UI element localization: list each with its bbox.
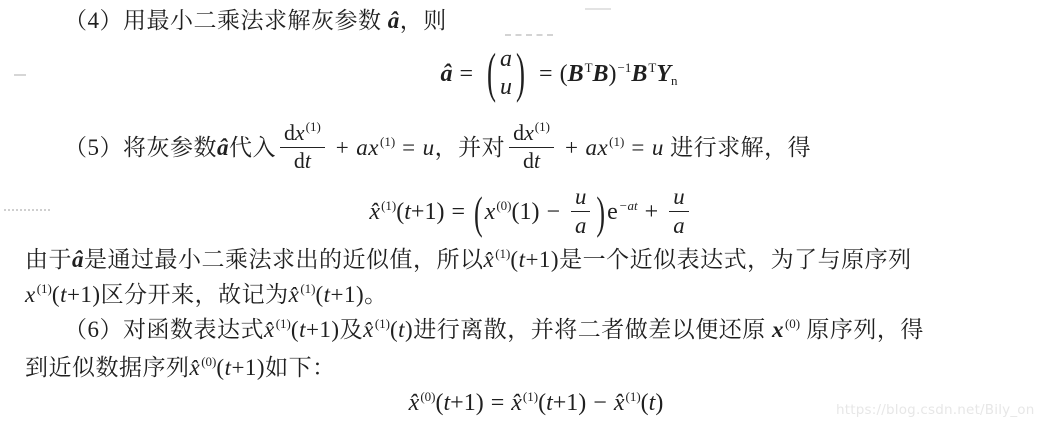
math-sup: −1 [618, 60, 632, 75]
math-var: x̂ [409, 390, 420, 416]
math-bvar: x [772, 317, 784, 342]
column-vector: (au) [485, 46, 527, 101]
math-var: a [585, 135, 597, 160]
math-txt: d [523, 149, 534, 173]
math-sup: (1) [381, 198, 396, 213]
document-page: （4）用最小二乘法求解灰参数 â，则 â=(au)=(BTB)−1BTYn （5… [0, 0, 1044, 427]
math-sub: n [671, 73, 678, 88]
math-txt: ，并对 [435, 135, 506, 160]
math-var: x̂ [190, 355, 201, 380]
math-txt: d [513, 121, 524, 145]
math-txt: ( [560, 61, 568, 87]
math-sup: (1) [276, 316, 291, 331]
math-var: t [299, 317, 306, 342]
math-txt: +1)是一个近似表达式，为了与原序列 [525, 247, 911, 272]
math-bvar: B [593, 61, 609, 87]
math-var: a [356, 135, 368, 160]
math-txt: ( [538, 390, 546, 416]
math-var: u [500, 74, 512, 100]
math-txt: e [607, 199, 618, 225]
math-var: x̂ [614, 390, 625, 416]
math-var: t [324, 282, 331, 307]
math-sup: (1) [523, 389, 538, 404]
math-var: x̂ [484, 247, 495, 272]
math-var: x [524, 121, 534, 145]
formula-x1-solution: x̂(1)(t+1)=(x(0)(1)−ua)e−at+ua [0, 186, 1044, 241]
vector-column: au [498, 46, 514, 101]
math-txt: +1)区分开来，故记为 [67, 282, 289, 307]
fraction: ua [669, 184, 688, 239]
fraction-denominator: a [669, 212, 688, 239]
math-bvar: Y [656, 61, 671, 87]
vector-row: a [498, 46, 514, 74]
vector-row: u [498, 74, 514, 102]
math-var: u [423, 135, 435, 160]
math-op: = [631, 135, 644, 160]
paragraph-approx-line1: 由于â是通过最小二乘法求出的近似值，所以x̂(1)(t+1)是一个近似表达式，为… [25, 245, 912, 278]
math-var: x [368, 135, 379, 160]
fraction-denominator: dt [280, 148, 325, 174]
math-op: = [491, 390, 505, 416]
fraction: dx(1)dt [280, 121, 325, 174]
math-var: t [305, 149, 311, 173]
math-sup: (0) [785, 316, 800, 331]
math-txt: 代入 [229, 135, 276, 160]
math-bvar: B [631, 61, 647, 87]
math-bvar: B [568, 61, 584, 87]
math-bigp: ) [596, 188, 605, 241]
paragraph-approx-line2: x(1)(t+1)区分开来，故记为x̂(1)(t+1)。 [25, 280, 388, 313]
math-txt: 到近似数据序列 [25, 355, 190, 380]
math-txt: )进行离散，并将二者做差以便还原 [405, 317, 772, 342]
math-sup: (0) [420, 389, 435, 404]
math-sup: T [648, 60, 656, 75]
math-txt: (1) [511, 199, 539, 225]
math-txt: 原序列，得 [800, 317, 924, 342]
math-op: + [336, 135, 349, 160]
math-txt: d [284, 121, 295, 145]
math-txt: ( [315, 282, 323, 307]
math-var: a [575, 213, 586, 238]
math-op: = [451, 199, 465, 225]
math-sup: (1) [625, 389, 640, 404]
math-sup: (0) [496, 198, 511, 213]
math-txt: ( [291, 317, 299, 342]
math-txt: （5）将灰参数 [64, 135, 217, 160]
fraction-denominator: a [571, 212, 590, 239]
math-txt: ( [390, 317, 398, 342]
math-txt: ( [52, 282, 60, 307]
math-txt: ( [510, 247, 518, 272]
math-sup: (1) [380, 134, 395, 149]
math-op: − [593, 390, 607, 416]
math-txt: +1) [553, 390, 587, 416]
math-txt: ( [641, 390, 649, 416]
math-sup: (1) [495, 246, 510, 261]
math-bvar: â [440, 61, 452, 87]
math-sup: (1) [375, 316, 390, 331]
math-bigp: ( [474, 188, 483, 241]
paragraph-step5: （5）将灰参数â代入dx(1)dt+ax(1)=u，并对dx(1)dt+ax(1… [64, 123, 811, 176]
math-txt: 是通过最小二乘法求出的近似值，所以 [84, 247, 484, 272]
math-op: = [459, 61, 473, 87]
math-bvar: â [72, 247, 84, 272]
math-sup: (1) [300, 281, 315, 296]
math-var: x̂ [369, 199, 380, 225]
math-bvar: â [388, 8, 400, 33]
math-op: = [402, 135, 415, 160]
math-txt: +1)及 [306, 317, 363, 342]
math-op: = [539, 61, 553, 87]
formula-grey-parameter: â=(au)=(BTB)−1BTYn [0, 48, 1044, 103]
math-var: x̂ [363, 317, 374, 342]
math-txt: ( [436, 390, 444, 416]
fraction: ua [571, 184, 590, 239]
math-var: u [673, 184, 684, 209]
math-txt: ，则 [400, 8, 447, 33]
math-op: − [546, 199, 560, 225]
open-paren: ( [487, 42, 496, 106]
math-var: x̂ [264, 317, 275, 342]
math-txt: +1)如下： [231, 355, 335, 380]
math-txt: （6）对函数表达式 [64, 317, 264, 342]
scan-artifact [505, 34, 553, 36]
math-sup: −at [619, 198, 638, 213]
fraction: dx(1)dt [509, 121, 554, 174]
math-var: t [404, 199, 411, 225]
math-txt: 进行求解，得 [664, 135, 811, 160]
math-txt: +1) [411, 199, 445, 225]
paragraph-step6-line1: （6）对函数表达式x̂(1)(t+1)及x̂(1)(t)进行离散，并将二者做差以… [64, 315, 924, 348]
math-txt: +1) [450, 390, 484, 416]
math-var: x̂ [511, 390, 522, 416]
math-var: t [60, 282, 67, 307]
math-sup: T [585, 60, 593, 75]
math-var: t [534, 149, 540, 173]
close-paren: ) [516, 42, 525, 106]
math-op: + [565, 135, 578, 160]
math-var: u [575, 184, 586, 209]
math-var: x [597, 135, 608, 160]
math-op: + [645, 199, 659, 225]
math-sup: (1) [535, 119, 550, 134]
math-var: t [398, 317, 405, 342]
fraction-denominator: dt [509, 148, 554, 174]
math-var: x̂ [289, 282, 300, 307]
math-var: x [295, 121, 305, 145]
fraction-numerator: dx(1) [280, 121, 325, 148]
fraction-numerator: u [571, 184, 590, 212]
math-txt: 由于 [25, 247, 72, 272]
math-txt: ( [216, 355, 224, 380]
math-txt: （4）用最小二乘法求解灰参数 [64, 8, 388, 33]
math-txt: ) [609, 61, 617, 87]
fraction-numerator: dx(1) [509, 121, 554, 148]
math-var: x [485, 199, 496, 225]
math-txt: d [294, 149, 305, 173]
math-txt: ) [655, 390, 663, 416]
math-sup: (1) [37, 281, 52, 296]
math-var: a [500, 46, 512, 72]
math-bvar: â [217, 135, 229, 160]
math-var: x [25, 282, 36, 307]
math-var: u [652, 135, 664, 160]
scan-artifact [585, 8, 611, 10]
math-var: t [546, 390, 553, 416]
math-var: a [673, 213, 684, 238]
watermark: https://blog.csdn.net/Bily_on [836, 402, 1035, 418]
math-txt: +1)。 [331, 282, 388, 307]
math-sup: (0) [201, 354, 216, 369]
paragraph-step6-line2: 到近似数据序列x̂(0)(t+1)如下： [25, 353, 336, 386]
math-sup: (1) [306, 119, 321, 134]
fraction-numerator: u [669, 184, 688, 212]
paragraph-step4: （4）用最小二乘法求解灰参数 â，则 [64, 6, 447, 36]
math-sup: (1) [609, 134, 624, 149]
